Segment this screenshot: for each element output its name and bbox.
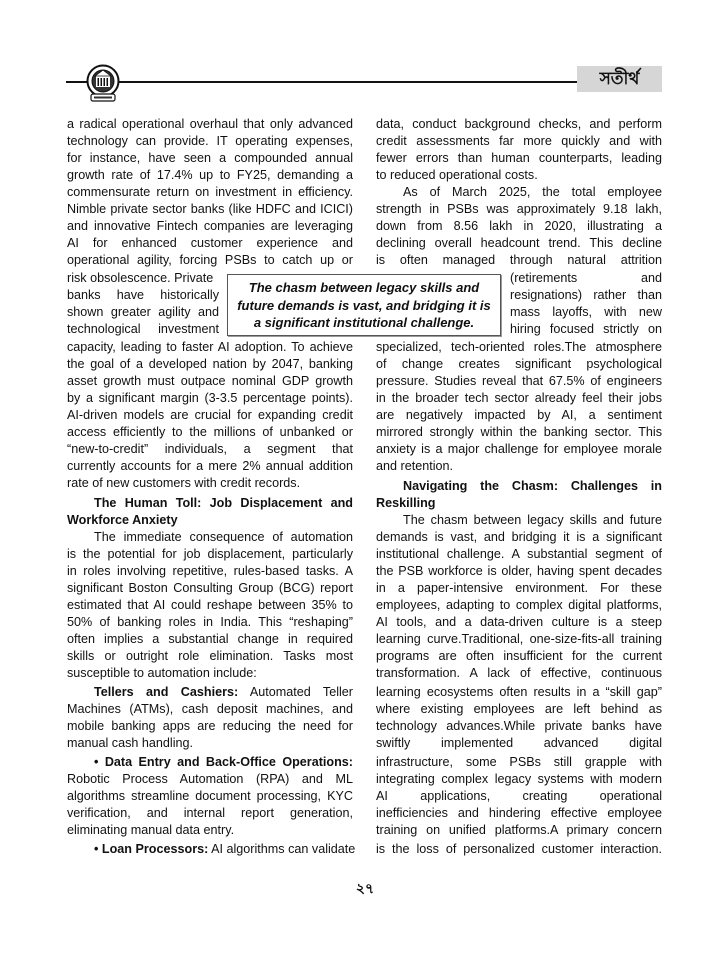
text-line: rate of new customers with credit record… <box>67 475 353 492</box>
text-line: significant Boston Consulting Group (BCG… <box>67 580 353 597</box>
text-line: Machines (ATMs), cash deposit machines, … <box>67 701 353 718</box>
text-line: and innovative Fintech companies are lev… <box>67 218 353 235</box>
text-line: the goal of a developed nation by 2047, … <box>67 356 353 373</box>
text-line: (retirements and <box>510 270 662 287</box>
text-line: for instance, have seen a compounded ann… <box>67 150 353 167</box>
text-line: technological investment <box>67 321 219 338</box>
page-number: ২৭ <box>350 877 380 901</box>
text-line: verification, and internal report genera… <box>67 805 353 822</box>
text-line: asset growth must outpace nominal GDP gr… <box>67 373 353 390</box>
list-item-tellers: Tellers and Cashiers: Automated Teller <box>67 684 353 701</box>
text-line: infrastructure, some PSBs still grapple … <box>376 754 662 771</box>
list-item-loan: • Loan Processors: AI algorithms can val… <box>67 841 353 858</box>
text-line: resignations) rather than <box>510 287 662 304</box>
text-line: down from 8.56 lakh in 2020, illustratin… <box>376 218 662 235</box>
text-line: susceptible to automation include: <box>67 665 353 682</box>
text-line: institutional challenge. A substantial s… <box>376 546 662 563</box>
text-line: AI for enhanced customer experience and <box>67 235 353 252</box>
text-line: eliminating manual data entry. <box>67 822 353 839</box>
text-line: “new-to-credit” individuals, a segment t… <box>67 441 353 458</box>
text-line: in a paper-intensive environment. For th… <box>376 580 662 597</box>
text-line: in roles involving repetitive, rules-bas… <box>67 563 353 580</box>
text-line: skills or outright role elimination. Tas… <box>67 648 353 665</box>
text-line: commensurate return on investment in eff… <box>67 184 353 201</box>
list-item-label: • Loan Processors: <box>94 842 208 856</box>
text-line: technology can provide. IT operating exp… <box>67 133 353 150</box>
text-line: currently accounts for a mere 2% annual … <box>67 458 353 475</box>
text-line: is the loss of personalized customer int… <box>376 841 662 858</box>
text-line: training on unified platforms.A primary … <box>376 822 662 839</box>
magazine-title-tag: সতীর্থ <box>577 66 662 92</box>
text-line: pressure. Studies reveal that 67.5% of e… <box>376 373 662 390</box>
text-line: of change creates significant psychologi… <box>376 356 662 373</box>
text-line: credit assessments far more quickly and … <box>376 133 662 150</box>
pull-quote-line: The chasm between legacy skills and <box>228 279 500 297</box>
pull-quote: The chasm between legacy skills and futu… <box>227 274 501 336</box>
text-line: where existing employees are left behind… <box>376 701 662 718</box>
section-heading-chasm: Reskilling <box>376 495 662 512</box>
text-line: demands is vast, and bridging it is a si… <box>376 529 662 546</box>
text-line: transformation. A lack of effective, con… <box>376 665 662 682</box>
text-line: Nimble private sector banks (like HDFC a… <box>67 201 353 218</box>
text-line: integrating complex legacy systems with … <box>376 771 662 788</box>
text-line: data, conduct background checks, and per… <box>376 116 662 133</box>
list-item-data-entry: • Data Entry and Back-Office Operations: <box>67 754 353 771</box>
header-rule <box>66 81 578 83</box>
text-line: The chasm between legacy skills and futu… <box>376 512 662 529</box>
text-line: often implies a substantial change in re… <box>67 631 353 648</box>
text-line: by a significant margin (3-3.5 percentag… <box>67 390 353 407</box>
text-line: employees, adapting to complex digital p… <box>376 597 662 614</box>
text-line: are negatively impacted by AI, a sentime… <box>376 407 662 424</box>
text-line: AI applications, creating operational <box>376 788 662 805</box>
text-line: 50% of banking roles in India. This “res… <box>67 614 353 631</box>
text-line: growth rate of 17.4% up to FY25, demandi… <box>67 167 353 184</box>
list-item-label: Tellers and Cashiers: <box>94 685 238 699</box>
text-line: declining overall headcount trend. This … <box>376 235 662 252</box>
text-line: operational agility, forcing PSBs to cat… <box>67 252 353 269</box>
text-line: shown greater agility and <box>67 304 219 321</box>
text-line: swiftly implemented advanced digital <box>376 735 662 752</box>
text-line: algorithms streamline document processin… <box>67 788 353 805</box>
text-line: the PSB workforce is older, having spent… <box>376 563 662 580</box>
pull-quote-line: future demands is vast, and bridging it … <box>228 297 500 315</box>
text-line: estimated that AI could reshape between … <box>67 597 353 614</box>
text-line: mass layoffs, with new <box>510 304 662 321</box>
section-heading-human-toll: The Human Toll: Job Displacement and <box>67 495 353 512</box>
text-line: inefficiencies and hindering effective e… <box>376 805 662 822</box>
text-line: manual cash handling. <box>67 735 353 752</box>
text-line: specialized, tech-oriented roles.The atm… <box>376 339 662 356</box>
pull-quote-line: a significant institutional challenge. <box>228 314 500 332</box>
text-line: learning ecosystems often results in a “… <box>376 684 662 701</box>
text-line: The immediate consequence of automation <box>67 529 353 546</box>
text-line: Robotic Process Automation (RPA) and ML <box>67 771 353 788</box>
text-line: to reduced operational costs. <box>376 167 662 184</box>
text-line: is often managed through natural attriti… <box>376 252 662 269</box>
text-line: in the broader tech sector already feel … <box>376 390 662 407</box>
text-line: access efficiently to the millions of un… <box>67 424 353 441</box>
text-line: anxiety is a major challenge for employe… <box>376 441 662 458</box>
text-line: As of March 2025, the total employee <box>376 184 662 201</box>
text-line: risk obsolescence. Private <box>67 270 219 287</box>
section-heading-chasm: Navigating the Chasm: Challenges in <box>376 478 662 495</box>
text-line: fewer errors than human counterparts, le… <box>376 150 662 167</box>
institution-emblem-icon <box>86 64 120 104</box>
text-line: capacity, leading to faster AI adoption.… <box>67 339 353 356</box>
section-heading-human-toll: Workforce Anxiety <box>67 512 353 529</box>
text-line: and retention. <box>376 458 662 475</box>
text-line: mirrored strongly within the banking sec… <box>376 424 662 441</box>
text-line: learning curve.Traditional, one-size-fit… <box>376 631 662 648</box>
text-line: technology advances.While private banks … <box>376 718 662 735</box>
text-line: AI tools, and a data-driven culture is a… <box>376 614 662 631</box>
text-line: strength in PSBs was approximately 9.18 … <box>376 201 662 218</box>
text-line: mobile banking apps are reducing the nee… <box>67 718 353 735</box>
text-line: AI-driven models are crucial for expandi… <box>67 407 353 424</box>
text-line: programs are often insufficient for the … <box>376 648 662 665</box>
text-line: a radical operational overhaul that only… <box>67 116 353 133</box>
text-line: is the potential for job displacement, p… <box>67 546 353 563</box>
text-line: hiring focused strictly on <box>510 321 662 338</box>
text-line: banks have historically <box>67 287 219 304</box>
